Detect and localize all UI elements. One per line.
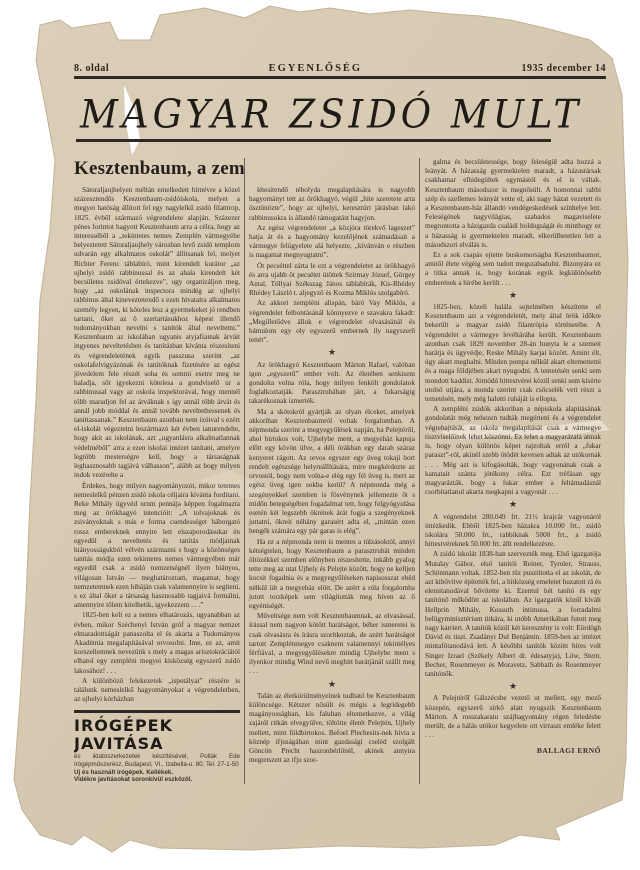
paragraph: 1825-ben, közeli halála sejtelmében kész… — [425, 303, 601, 404]
ad-line: és iktatószerkezetek készítésével, Pollá… — [74, 753, 240, 768]
paragraph: Érdekes, hogy milyen nagyományozót, miko… — [74, 482, 240, 611]
article-columns: Kesztenbaum, a zempléni különc Sátoralja… — [74, 158, 606, 784]
article-headline: Kesztenbaum, a zempléni különc — [74, 158, 240, 180]
separator-star-icon: ★ — [425, 500, 601, 509]
column-3-text-b: 1825-ben, közeli halála sejtelmében kész… — [425, 303, 601, 497]
page-number: 8. oldal — [74, 63, 109, 74]
issue-date: 1935 december 14 — [522, 63, 606, 74]
ad-line: Uj és használt írógépek. Kellékek. — [74, 769, 240, 777]
separator-star-icon: ★ — [425, 291, 601, 300]
column-2-text-a: létesítendő tébolyda megalapítására is n… — [249, 186, 415, 345]
paragraph: Az akkori zempléni alispán, báró Vay Mik… — [249, 299, 415, 345]
paragraph: galma és becsületessége, hogy feleségül … — [425, 158, 601, 250]
ad-title: IRÓGÉPEK JAVITÁSA — [74, 717, 240, 753]
paragraph: A különböző felekezetek „ispotályai” rés… — [74, 677, 240, 705]
column-2-text-b: Az örökhagyó Kesztenbaum Márton Rafael, … — [249, 361, 415, 677]
paragraph: A Pelejtéről Gálszécsbe vezető ut mellet… — [425, 694, 601, 740]
column-3-text-d: A Pelejtéről Gálszécsbe vezető ut mellet… — [425, 694, 601, 740]
newspaper-name: EGYENLŐSÉG — [269, 63, 363, 74]
paragraph: Az örökhagyó Kesztenbaum Márton Rafael, … — [249, 361, 415, 407]
section-rule — [76, 139, 551, 142]
column-2-text-c: Talán az életkörülményeinek tudható be K… — [249, 692, 415, 766]
newspaper-page: 8. oldal EGYENLŐSÉG 1935 december 14 MAG… — [74, 60, 606, 840]
column-2: létesítendő tébolyda megalapítására is n… — [244, 158, 419, 784]
paragraph: Ha ez a népmonda nem is mentes a túlzáso… — [249, 538, 415, 612]
separator-star-icon: ★ — [249, 680, 415, 689]
paragraph: Ez a sok csapás ejtette buskomorságba Ke… — [425, 251, 601, 288]
paragraph: Sátoraljaujhelyen méltán emelkedett hírn… — [74, 186, 240, 481]
masthead: 8. oldal EGYENLŐSÉG 1935 december 14 — [74, 60, 606, 74]
section-title: MAGYAR ZSIDÓ MULT — [80, 94, 606, 136]
paragraph: A zsidó iskolát 1838-ban szervezték meg.… — [425, 550, 601, 679]
paragraph: Öt pecséttel zárta le ezt a végrendelete… — [249, 262, 415, 299]
paragraph: 1825-ben kelt ez a nemes elhatározás, ug… — [74, 611, 240, 675]
separator-star-icon: ★ — [425, 682, 601, 691]
paragraph: A zempléni zsidók akkoriban a népiskola … — [425, 405, 601, 497]
typewriter-repair-ad: IRÓGÉPEK JAVITÁSA és iktatószerkezetek k… — [74, 710, 240, 783]
column-1: Kesztenbaum, a zempléni különc Sátoralja… — [74, 158, 244, 784]
column-3-text-c: A végrendelet 280.049 frt. 21½ krajcár v… — [425, 513, 601, 680]
paragraph: Az egész végrendeletet „a közjóra törekv… — [249, 224, 415, 261]
paragraph: létesítendő tébolyda megalapítására is n… — [249, 186, 415, 223]
paragraph: A végrendelet 280.049 frt. 21½ krajcár v… — [425, 513, 601, 550]
paragraph: Műveltsége nem volt Kesztenbaumnak, az o… — [249, 612, 415, 676]
column-3: galma és becsületessége, hogy feleségül … — [419, 158, 601, 784]
paragraph: Ma a skótokról gyártják az olyan élceket… — [249, 408, 415, 537]
ad-line: Vidékre javításokat soronkívül eszközöl. — [74, 776, 240, 784]
column-3-text-a: galma és becsületessége, hogy feleségül … — [425, 158, 601, 288]
paragraph: Talán az életkörülményeinek tudható be K… — [249, 692, 415, 766]
column-1-text: Sátoraljaujhelyen méltán emelkedett hírn… — [74, 186, 240, 704]
separator-star-icon: ★ — [249, 348, 415, 357]
author-signature: BALLAGI ERNŐ — [425, 746, 601, 755]
masthead-rule — [74, 76, 606, 79]
